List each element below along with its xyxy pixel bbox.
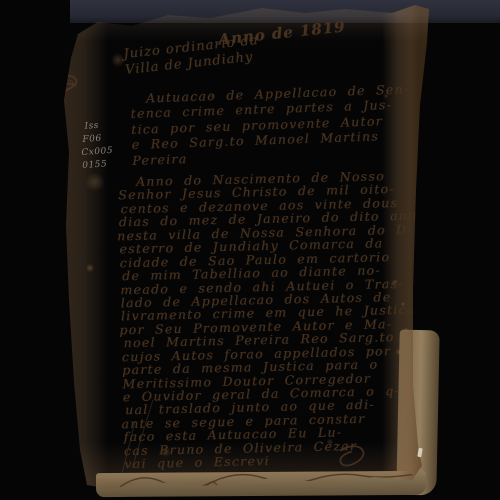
manuscript-line: am <box>29 25 48 41</box>
manuscript-line: O Serra <box>1 54 54 77</box>
archival-pencil-note: Iss F06 Cx005 0155 <box>79 119 114 173</box>
body-paragraph: Anno do Nascimento de Nosso Senhor Jesus… <box>118 168 420 470</box>
photo-backdrop: Juizo ordinario da Villa de Jundiahy Ann… <box>0 0 500 500</box>
manuscript-line: A.t <box>21 2 42 21</box>
manuscript-line: Cl. <box>13 41 30 56</box>
pencil-line: 0155 <box>82 158 114 173</box>
pencil-line: Cx005 <box>81 145 113 160</box>
autuacao-paragraph: Autuacao de Appellacao de Sen- tenca cri… <box>130 81 423 168</box>
